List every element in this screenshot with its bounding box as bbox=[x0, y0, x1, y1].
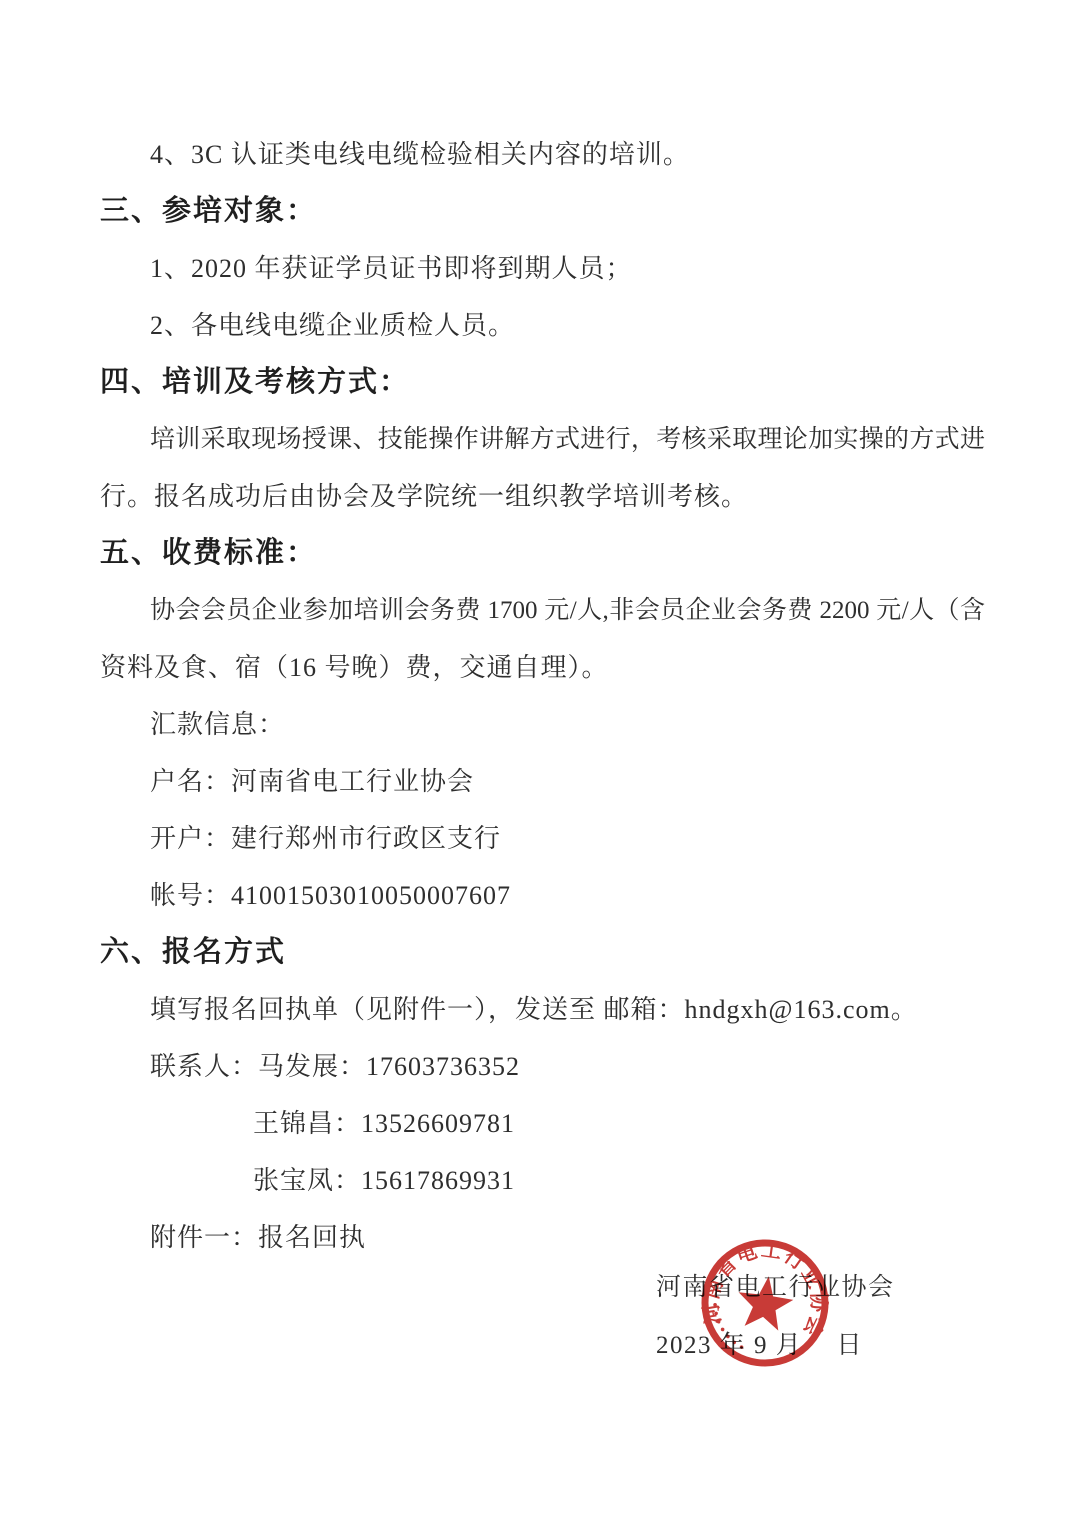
section-heading-participants: 三、参培对象： bbox=[100, 183, 985, 240]
list-item-2020-certified: 1、2020 年获证学员证书即将到期人员； bbox=[100, 240, 985, 297]
para-training-method-line1: 培训采取现场授课、技能操作讲解方式进行，考核采取理论加实操的方式进 bbox=[100, 411, 985, 468]
attachment-line: 附件一：报名回执 bbox=[100, 1209, 985, 1266]
account-name-line: 户名：河南省电工行业协会 bbox=[100, 753, 985, 810]
remittance-info-label: 汇款信息： bbox=[100, 696, 985, 753]
list-item-3c-training: 4、3C 认证类电线电缆检验相关内容的培训。 bbox=[100, 126, 985, 183]
para-fees-line1: 协会会员企业参加培训会务费 1700 元/人,非会员企业会务费 2200 元/人… bbox=[100, 582, 985, 639]
document-page: 4、3C 认证类电线电缆检验相关内容的培训。 三、参培对象： 1、2020 年获… bbox=[0, 0, 1080, 1527]
account-number-line: 帐号：41001503010050007607 bbox=[100, 867, 985, 924]
section-heading-registration: 六、报名方式 bbox=[100, 924, 985, 981]
bank-line: 开户：建行郑州市行政区支行 bbox=[100, 810, 985, 867]
para-fees-line2: 资料及食、宿（16 号晚）费，交通自理）。 bbox=[100, 639, 985, 696]
section-heading-training-method: 四、培训及考核方式： bbox=[100, 354, 985, 411]
seal-star-icon bbox=[734, 1272, 796, 1332]
section-heading-fees: 五、收费标准： bbox=[100, 525, 985, 582]
contact-line-2: 王锦昌：13526609781 bbox=[100, 1095, 985, 1152]
official-seal: 河南省电工行业协会 bbox=[680, 1218, 850, 1388]
contact-line-3: 张宝凤：15617869931 bbox=[100, 1152, 985, 1209]
registration-instruction-line: 填写报名回执单（见附件一），发送至 邮箱：hndgxh@163.com。 bbox=[100, 981, 985, 1038]
list-item-qc-staff: 2、各电线电缆企业质检人员。 bbox=[100, 297, 985, 354]
para-training-method-line2: 行。报名成功后由协会及学院统一组织教学培训考核。 bbox=[100, 468, 985, 525]
contact-line-1: 联系人：马发展：17603736352 bbox=[100, 1038, 985, 1095]
